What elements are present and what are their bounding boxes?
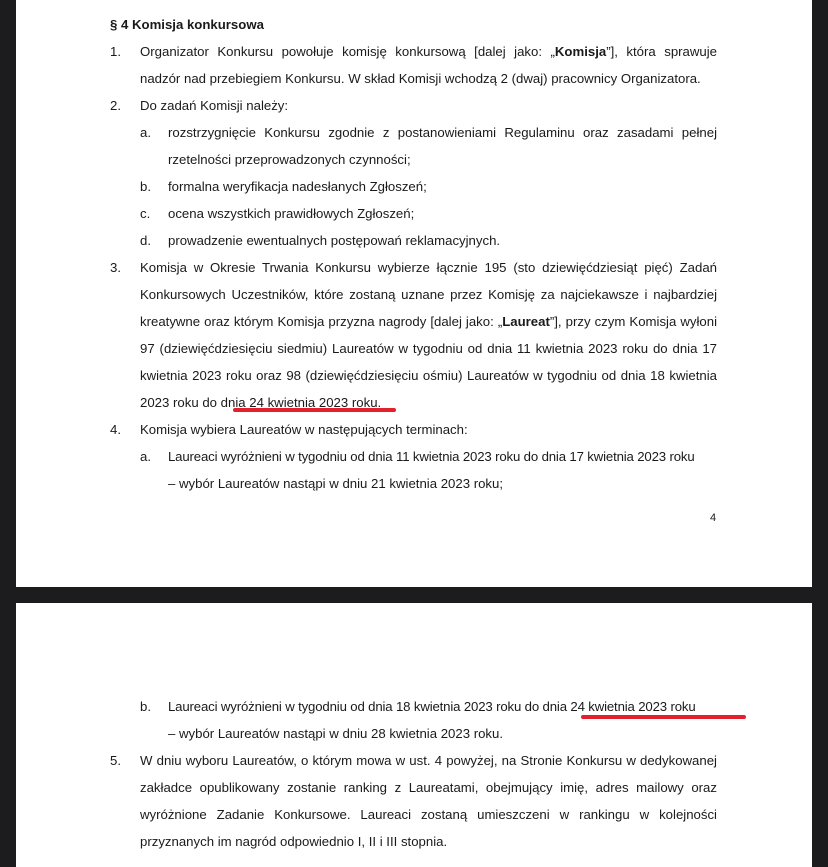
- item-number: 3.: [110, 259, 121, 277]
- red-underline-annotation: [581, 715, 746, 719]
- item-number: 2.: [110, 97, 121, 115]
- item-3-line-3: kreatywne oraz którym Komisja przyzna na…: [140, 313, 717, 331]
- subitem-letter: d.: [140, 232, 151, 250]
- subitem-letter: b.: [140, 178, 151, 196]
- subitem-2a-line-2: rzetelności przeprowadzonych czynności;: [168, 151, 411, 169]
- item-2-line-1: Do zadań Komisji należy:: [140, 97, 288, 115]
- item-number: 1.: [110, 43, 121, 61]
- item-1-line-1: Organizator Konkursu powołuje komisję ko…: [140, 43, 717, 61]
- subitem-2d: prowadzenie ewentualnych postępowań rekl…: [168, 232, 500, 250]
- subitem-4a-line-2: – wybór Laureatów nastąpi w dniu 21 kwie…: [168, 475, 503, 493]
- item-5-line-4: przyznanych im nagród odpowiednio I, II …: [140, 833, 447, 851]
- item-3-line-2: Konkursowych Uczestników, które zostaną …: [140, 286, 717, 304]
- subitem-letter: c.: [140, 205, 150, 223]
- item-5-line-2: zakładce opublikowany zostanie ranking z…: [140, 779, 717, 797]
- section-heading: § 4 Komisja konkursowa: [110, 16, 264, 34]
- subitem-letter: a.: [140, 448, 151, 466]
- item-3-line-1: Komisja w Okresie Trwania Konkursu wybie…: [140, 259, 717, 277]
- subitem-letter: b.: [140, 698, 151, 716]
- term-laureat: Laureat: [502, 314, 550, 329]
- item-5-line-1: W dniu wyboru Laureatów, o którym mowa w…: [140, 752, 717, 770]
- subitem-letter: a.: [140, 124, 151, 142]
- term-komisja: Komisja: [555, 44, 606, 59]
- item-number: 5.: [110, 752, 121, 770]
- subitem-4b-line-1: Laureaci wyróżnieni w tygodniu od dnia 1…: [168, 698, 696, 716]
- item-1-line-2: nadzór nad przebiegiem Konkursu. W skład…: [140, 70, 701, 88]
- item-4-line-1: Komisja wybiera Laureatów w następującyc…: [140, 421, 468, 439]
- document-page-5: b. Laureaci wyróżnieni w tygodniu od dni…: [16, 603, 812, 867]
- subitem-2a-line-1: rozstrzygnięcie Konkursu zgodnie z posta…: [168, 124, 717, 142]
- subitem-4b-line-2: – wybór Laureatów nastąpi w dniu 28 kwie…: [168, 725, 503, 743]
- document-page-4: § 4 Komisja konkursowa 1. Organizator Ko…: [16, 0, 812, 587]
- page-number: 4: [710, 512, 716, 524]
- subitem-2c: ocena wszystkich prawidłowych Zgłoszeń;: [168, 205, 414, 223]
- red-underline-annotation: [233, 408, 396, 412]
- subitem-4a-line-1: Laureaci wyróżnieni w tygodniu od dnia 1…: [168, 448, 695, 466]
- subitem-2b: formalna weryfikacja nadesłanych Zgłosze…: [168, 178, 427, 196]
- item-3-line-4: 97 (dziewięćdziesięciu siedmiu) Laureató…: [140, 340, 717, 358]
- item-number: 4.: [110, 421, 121, 439]
- item-3-line-5: kwietnia 2023 roku oraz 98 (dziewięćdzie…: [140, 367, 717, 385]
- item-5-line-3: wyróżnione Zadanie Konkursowe. Laureaci …: [140, 806, 717, 824]
